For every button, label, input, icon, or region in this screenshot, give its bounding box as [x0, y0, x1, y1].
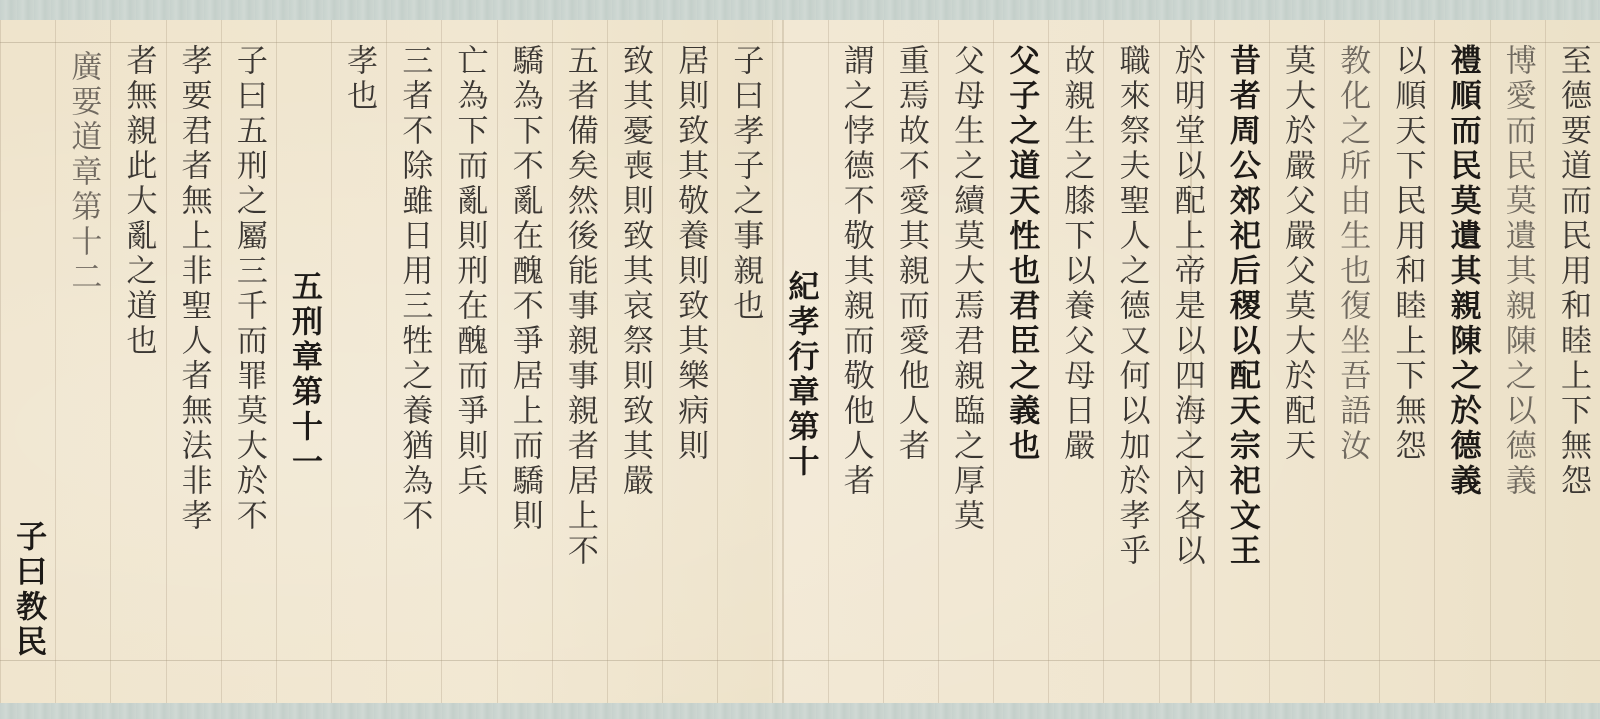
- text-column: 者無親此大亂之道也: [110, 20, 165, 703]
- text-column: 驕為下不亂在醜不爭居上而驕則: [497, 20, 552, 703]
- text-column: 至德要道而民用和睦上下無怨: [1545, 20, 1600, 703]
- text-columns: 至德要道而民用和睦上下無怨博愛而民莫遺其親陳之以德義禮順而民莫遺其親陳之於德義以…: [0, 20, 1600, 703]
- text-column: 於明堂以配上帝是以四海之內各以: [1159, 20, 1214, 703]
- text-column: 職來祭夫聖人之德又何以加於孝乎: [1103, 20, 1158, 703]
- calligraphy-text: 三者不除雖日用三牲之養猶為不: [397, 44, 431, 534]
- calligraphy-text: 於明堂以配上帝是以四海之內各以: [1170, 44, 1204, 569]
- text-column: 莫大於嚴父嚴父莫大於配天: [1269, 20, 1324, 703]
- calligraphy-text: 子曰孝子之事親也: [728, 44, 762, 324]
- handscroll: 至德要道而民用和睦上下無怨博愛而民莫遺其親陳之以德義禮順而民莫遺其親陳之於德義以…: [0, 0, 1600, 719]
- text-column: 以順天下民用和睦上下無怨: [1379, 20, 1434, 703]
- text-column: 居則致其敬養則致其樂病則: [662, 20, 717, 703]
- text-column: 故親生之膝下以養父母日嚴: [1048, 20, 1103, 703]
- calligraphy-text: 重焉故不愛其親而愛他人者: [894, 44, 928, 464]
- calligraphy-text: 孝要君者無上非聖人者無法非孝: [177, 44, 211, 534]
- calligraphy-text: 驕為下不亂在醜不爭居上而驕則: [508, 44, 542, 534]
- calligraphy-text: 故親生之膝下以養父母日嚴: [1059, 44, 1093, 464]
- chapter-heading: 廣要道章第十二: [66, 50, 100, 295]
- text-column: 孝要君者無上非聖人者無法非孝: [166, 20, 221, 703]
- calligraphy-text: 父母生之續莫大焉君親臨之厚莫: [949, 44, 983, 534]
- calligraphy-text: 居則致其敬養則致其樂病則: [673, 44, 707, 464]
- calligraphy-text: 教化之所由生也復坐吾語汝: [1335, 44, 1369, 464]
- text-column: 三者不除雖日用三牲之養猶為不: [386, 20, 441, 703]
- calligraphy-text: 以順天下民用和睦上下無怨: [1390, 44, 1424, 464]
- chapter-heading-column: 廣要道章第十二: [55, 20, 110, 703]
- text-column: 致其憂喪則致其哀祭則致其嚴: [607, 20, 662, 703]
- text-column: 重焉故不愛其親而愛他人者: [883, 20, 938, 703]
- text-column: 博愛而民莫遺其親陳之以德義: [1490, 20, 1545, 703]
- text-column: 昔者周公郊祀后稷以配天宗祀文王: [1214, 20, 1269, 703]
- text-column: 亡為下而亂則刑在醜而爭則兵: [441, 20, 496, 703]
- calligraphy-text: 亡為下而亂則刑在醜而爭則兵: [452, 44, 486, 499]
- text-column: 謂之悖德不敬其親而敬他人者: [828, 20, 883, 703]
- calligraphy-text: 莫大於嚴父嚴父莫大於配天: [1280, 44, 1314, 464]
- calligraphy-text: 職來祭夫聖人之德又何以加於孝乎: [1114, 44, 1148, 569]
- calligraphy-text: 至德要道而民用和睦上下無怨: [1556, 44, 1590, 499]
- chapter-heading: 紀孝行章第十: [783, 270, 817, 480]
- calligraphy-text: 謂之悖德不敬其親而敬他人者: [839, 44, 873, 499]
- calligraphy-text: 子曰教民: [11, 520, 45, 660]
- calligraphy-text: 五者備矣然後能事親事親者居上不: [563, 44, 597, 569]
- text-column: 孝也: [331, 20, 386, 703]
- text-column: 教化之所由生也復坐吾語汝: [1324, 20, 1379, 703]
- calligraphy-text: 者無親此大亂之道也: [121, 44, 155, 359]
- text-column: 子曰孝子之事親也: [717, 20, 772, 703]
- text-column: 子曰教民: [0, 20, 55, 703]
- paper-sheet: 至德要道而民用和睦上下無怨博愛而民莫遺其親陳之以德義禮順而民莫遺其親陳之於德義以…: [0, 20, 1600, 703]
- text-column: 禮順而民莫遺其親陳之於德義: [1434, 20, 1489, 703]
- chapter-heading-column: 五刑章第十一: [276, 20, 331, 703]
- calligraphy-text: 禮順而民莫遺其親陳之於德義: [1446, 44, 1480, 499]
- calligraphy-text: 父子之道天性也君臣之義也: [1004, 44, 1038, 464]
- calligraphy-text: 子曰五刑之屬三千而罪莫大於不: [232, 44, 266, 534]
- text-column: 父子之道天性也君臣之義也: [993, 20, 1048, 703]
- chapter-heading: 五刑章第十一: [287, 270, 321, 480]
- silk-mount-top: [0, 0, 1600, 20]
- text-column: 五者備矣然後能事親事親者居上不: [552, 20, 607, 703]
- calligraphy-text: 致其憂喪則致其哀祭則致其嚴: [618, 44, 652, 499]
- text-column: 父母生之續莫大焉君親臨之厚莫: [938, 20, 993, 703]
- calligraphy-text: 孝也: [342, 44, 376, 114]
- calligraphy-text: 昔者周公郊祀后稷以配天宗祀文王: [1225, 44, 1259, 569]
- text-column: 子曰五刑之屬三千而罪莫大於不: [221, 20, 276, 703]
- calligraphy-text: 博愛而民莫遺其親陳之以德義: [1501, 44, 1535, 499]
- chapter-heading-column: 紀孝行章第十: [772, 20, 827, 703]
- silk-mount-bottom: [0, 703, 1600, 719]
